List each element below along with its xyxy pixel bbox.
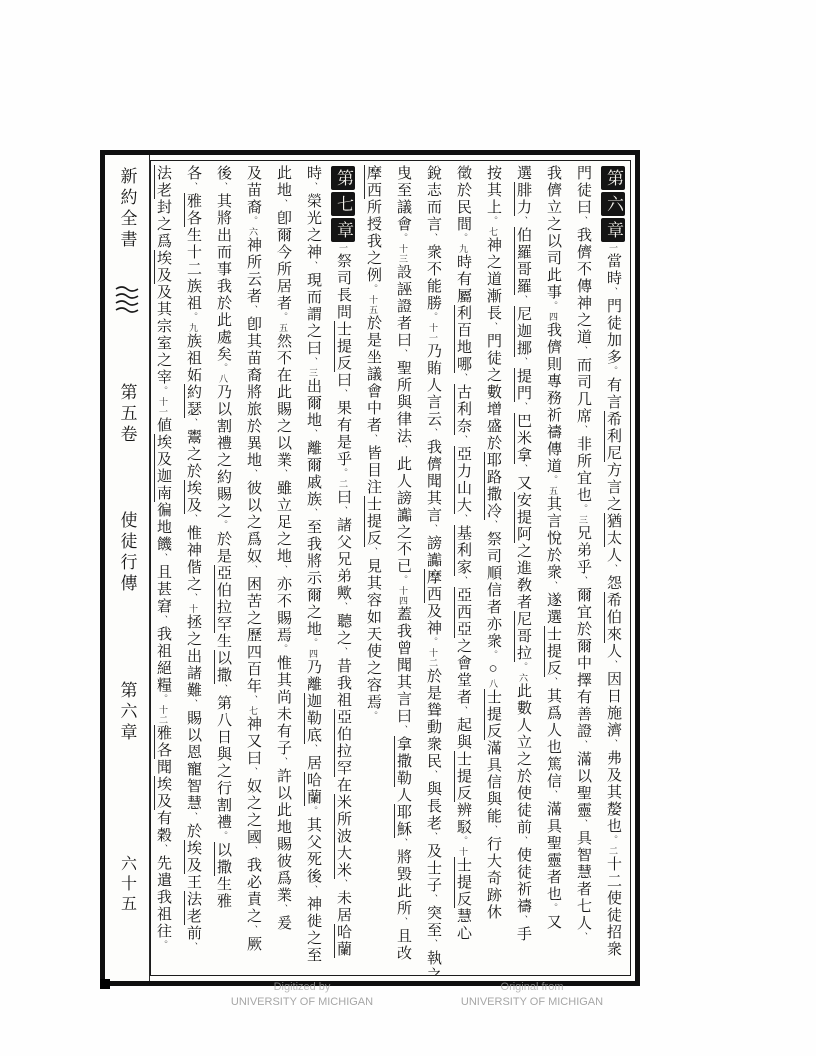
punctuation: 、 bbox=[338, 389, 348, 400]
corner-registration-mark bbox=[100, 979, 110, 989]
page-frame: 新約全書 第五卷 使徒行傳 第六章 六十五 第六章一當時、門徒加多。有言希利尼方… bbox=[100, 150, 640, 986]
punctuation: 、 bbox=[398, 445, 408, 456]
punctuation: 、 bbox=[368, 547, 378, 558]
punctuation: 、 bbox=[278, 469, 288, 480]
verse-number: 二 bbox=[608, 846, 618, 856]
verse-number: 三 bbox=[308, 368, 318, 378]
punctuation: 、 bbox=[188, 942, 198, 953]
punctuation: 、 bbox=[308, 885, 318, 896]
verse-number: 一 bbox=[338, 243, 348, 253]
proper-noun: 拿撒勒 bbox=[395, 736, 411, 787]
punctuation: 、 bbox=[308, 182, 318, 193]
punctuation: 、 bbox=[518, 216, 528, 227]
punctuation: 、 bbox=[548, 677, 558, 688]
proper-noun: 腓力 bbox=[515, 182, 531, 216]
proper-noun: 約瑟 bbox=[185, 384, 201, 418]
punctuation: 、 bbox=[428, 428, 438, 439]
text-column: 按其上。七神之道漸長、門徒之數增盛於耶路撒冷、祭司順信者亦衆。○八士提反滿具信與… bbox=[478, 165, 508, 971]
punctuation: 、 bbox=[578, 425, 588, 436]
punctuation: 。 bbox=[428, 637, 438, 648]
original-from-caption: Original from UNIVERSITY OF MICHIGAN bbox=[417, 980, 647, 1010]
punctuation: 、 bbox=[578, 346, 588, 357]
punctuation: 。 bbox=[548, 301, 558, 312]
flourish-ornament-icon bbox=[114, 283, 140, 317]
punctuation: 、 bbox=[608, 564, 618, 575]
punctuation: 、 bbox=[188, 812, 198, 823]
verse-number: 十四 bbox=[398, 586, 408, 606]
punctuation: 、 bbox=[458, 435, 468, 446]
punctuation: 、 bbox=[458, 576, 468, 587]
punctuation: 、 bbox=[218, 684, 228, 695]
punctuation: 、 bbox=[398, 838, 408, 849]
punctuation: 、 bbox=[578, 932, 588, 943]
punctuation: 、 bbox=[518, 357, 528, 368]
punctuation: 、 bbox=[248, 767, 258, 778]
punctuation: 。 bbox=[368, 711, 378, 722]
punctuation: 、 bbox=[158, 553, 168, 564]
punctuation: 、 bbox=[338, 506, 348, 517]
punctuation: 。 bbox=[398, 575, 408, 586]
punctuation: 、 bbox=[308, 429, 318, 440]
punctuation: 、 bbox=[428, 939, 438, 950]
punctuation: 。 bbox=[308, 806, 318, 817]
spine-margin: 新約全書 第五卷 使徒行傳 第六章 六十五 bbox=[105, 155, 150, 981]
proper-noun: 猶太 bbox=[605, 513, 621, 547]
verse-number: 四 bbox=[308, 649, 318, 659]
proper-noun: 耶穌 bbox=[395, 804, 411, 838]
verse-number: 五 bbox=[548, 486, 558, 496]
verse-number: 一 bbox=[608, 243, 618, 253]
punctuation: 。 bbox=[248, 216, 258, 227]
verse-number: 十 bbox=[188, 604, 198, 614]
verse-number: 八 bbox=[218, 374, 228, 384]
text-column: 曳至議會。十三設誣證者曰、聖所與律法、此人謗讟之不已。十四蓋我曾聞其言曰、拿撒勒… bbox=[388, 165, 418, 971]
proper-noun: 以撒 bbox=[215, 650, 231, 684]
proper-noun: 米所波大米 bbox=[335, 794, 351, 879]
proper-noun: 安提阿 bbox=[515, 492, 531, 543]
proper-noun: 尼迦挪 bbox=[515, 306, 531, 357]
text-column: 後、其將出而事我於此處矣。八乃以割禮之約賜之。於是亞伯拉罕生以撒、第八日與之行割… bbox=[208, 165, 238, 971]
punctuation: 、 bbox=[278, 565, 288, 576]
punctuation: 、 bbox=[248, 695, 258, 706]
punctuation: 。 bbox=[158, 386, 168, 397]
punctuation: 。 bbox=[488, 650, 498, 661]
punctuation: 、 bbox=[278, 757, 288, 768]
punctuation: 、 bbox=[518, 402, 528, 413]
punctuation: 、 bbox=[428, 832, 438, 843]
proper-noun: 以撒 bbox=[215, 842, 231, 876]
proper-noun: 士提反 bbox=[335, 321, 351, 372]
verse-number: 七 bbox=[248, 706, 258, 716]
page-number: 六十五 bbox=[116, 855, 139, 915]
proper-noun: 希利尼 bbox=[605, 411, 621, 462]
punctuation: 、 bbox=[458, 514, 468, 525]
proper-noun: 亞西亞 bbox=[455, 587, 471, 638]
punctuation: 。 bbox=[458, 836, 468, 847]
punctuation: 。 bbox=[458, 233, 468, 244]
punctuation: 、 bbox=[608, 287, 618, 298]
punctuation: 、 bbox=[608, 739, 618, 750]
punctuation: 。 bbox=[548, 475, 558, 486]
text-column: 各、雅各生十二族祖。九族祖妬約瑟、鬻之於埃及、惟神偕之、十拯之出諸難、賜以恩寵智… bbox=[178, 165, 208, 971]
punctuation: 、 bbox=[548, 581, 558, 592]
text-column: 摩西所授我之例。十五於是坐議會中者、皆目注士提反、見其容如天使之容焉。 bbox=[358, 165, 388, 971]
punctuation: 、 bbox=[248, 846, 258, 857]
punctuation: 、 bbox=[158, 615, 168, 626]
text-column: 此地、卽爾今所居者。五然不在此賜之以業、雖立足之地、亦不賜焉。惟其尚未有子、許以… bbox=[268, 165, 298, 971]
caption-line: Digitized by bbox=[187, 980, 417, 995]
proper-noun: 雅各 bbox=[155, 725, 171, 759]
verse-number: 七 bbox=[488, 227, 498, 237]
punctuation: 、 bbox=[248, 925, 258, 936]
punctuation: 。 bbox=[428, 312, 438, 323]
verse-number: 五 bbox=[278, 323, 288, 333]
caption-line: UNIVERSITY OF MICHIGAN bbox=[417, 995, 647, 1010]
proper-noun: 士提反 bbox=[545, 626, 561, 677]
punctuation: 、 bbox=[428, 233, 438, 244]
proper-noun: 亞伯拉罕 bbox=[335, 709, 351, 777]
verse-number: 十二 bbox=[158, 705, 168, 725]
verse-number: 十二 bbox=[428, 648, 438, 668]
verse-number: 十一 bbox=[428, 323, 438, 343]
punctuation: 、 bbox=[488, 322, 498, 333]
punctuation: 、 bbox=[218, 182, 228, 193]
proper-noun: 亞力山大 bbox=[455, 446, 471, 514]
punctuation: 、 bbox=[428, 770, 438, 781]
verse-number: 四 bbox=[548, 312, 558, 322]
punctuation: 。 bbox=[158, 694, 168, 705]
punctuation: 。 bbox=[218, 831, 228, 842]
verse-number: 二 bbox=[338, 479, 348, 489]
proper-noun: 埃及 bbox=[155, 776, 171, 810]
punctuation: 、 bbox=[398, 917, 408, 928]
proper-noun: 基利家 bbox=[455, 525, 471, 576]
punctuation: 、 bbox=[188, 514, 198, 525]
punctuation: 、 bbox=[608, 660, 618, 671]
verse-number: 十三 bbox=[398, 244, 408, 264]
punctuation: 、 bbox=[578, 576, 588, 587]
verse-number: 三 bbox=[578, 515, 588, 525]
punctuation: 、 bbox=[428, 524, 438, 535]
punctuation: 。 bbox=[608, 835, 618, 846]
proper-noun: 埃及 bbox=[155, 434, 171, 468]
text-column: 我儕立之以司此事。四我儕則專務祈禱傳道。五其言悅於衆、遂選士提反、其爲人也篤信、… bbox=[538, 165, 568, 971]
punctuation: 。 bbox=[518, 662, 528, 673]
punctuation: 。 bbox=[158, 940, 168, 951]
proper-noun: 士提反 bbox=[365, 496, 381, 547]
scanned-book-page: 新約全書 第五卷 使徒行傳 第六章 六十五 第六章一當時、門徒加多。有言希利尼方… bbox=[0, 0, 816, 1056]
punctuation: 。 bbox=[188, 312, 198, 323]
punctuation: 。 bbox=[548, 903, 558, 914]
verse-number: 十五 bbox=[368, 295, 378, 315]
punctuation: 、 bbox=[458, 373, 468, 384]
punctuation: 。 bbox=[218, 363, 228, 374]
text-column: 徵於民間。九時有屬利百地哪、古利奈、亞力山大、基利家、亞西亞之會堂者、起與士提反… bbox=[448, 165, 478, 971]
punctuation: 、 bbox=[308, 508, 318, 519]
caption-line: UNIVERSITY OF MICHIGAN bbox=[187, 995, 417, 1010]
text-column: 法老封之爲埃及及其宗室之宰。十一値埃及迦南徧地饑、且甚窘、我祖絕糧。十二雅各聞埃… bbox=[150, 165, 178, 971]
verse-number: 十一 bbox=[158, 397, 168, 417]
punctuation: 、 bbox=[578, 819, 588, 830]
text-column: 第七章一祭司長問士提反曰、果有是乎。二曰、諸父兄弟歟、聽之、昔我祖亞伯拉罕在米所… bbox=[328, 165, 358, 971]
proper-noun: 士提反 bbox=[485, 689, 501, 740]
punctuation: 。 bbox=[578, 504, 588, 515]
punctuation: 、 bbox=[398, 725, 408, 736]
proper-noun: 雅各 bbox=[185, 193, 201, 227]
punctuation: 。 bbox=[368, 284, 378, 295]
proper-noun: 埃及 bbox=[185, 480, 201, 514]
text-column: 選腓力、伯羅哥羅、尼迦挪、提門、巴米拿、又安提阿之進敎者尼哥拉。六此數人立之於使… bbox=[508, 165, 538, 971]
text-block-rule: 第六章一當時、門徒加多。有言希利尼方言之猶太人、怨希伯來人、因日施濟、弗及其嫠也… bbox=[150, 160, 631, 976]
proper-noun: 利百地哪 bbox=[455, 305, 471, 373]
chapter-header-block: 第六章 bbox=[605, 165, 621, 243]
punctuation: 、 bbox=[188, 182, 198, 193]
punctuation: 、 bbox=[278, 199, 288, 210]
punctuation: 、 bbox=[458, 706, 468, 717]
proper-noun: 古利奈 bbox=[455, 384, 471, 435]
proper-noun: 士提反 bbox=[455, 857, 471, 908]
punctuation: 、 bbox=[338, 879, 348, 890]
text-columns: 第六章一當時、門徒加多。有言希利尼方言之猶太人、怨希伯來人、因日施濟、弗及其嫠也… bbox=[153, 165, 628, 971]
proper-noun: 耶路撒冷 bbox=[485, 452, 501, 520]
proper-noun: 亞伯拉罕 bbox=[215, 565, 231, 633]
volume-label: 第五卷 bbox=[115, 383, 140, 446]
proper-noun: 希伯來 bbox=[605, 592, 621, 643]
punctuation: 、 bbox=[248, 305, 258, 316]
punctuation: 、 bbox=[308, 357, 318, 368]
text-column: 及苗裔。六神所云者、卽其苗裔將旅於異地、彼以之爲奴、困苦之歷四百年、七神又曰、奴… bbox=[238, 165, 268, 971]
punctuation: 、 bbox=[398, 349, 408, 360]
punctuation: 、 bbox=[428, 894, 438, 905]
section-title: 使徒行傳 bbox=[115, 511, 140, 595]
punctuation: 、 bbox=[308, 744, 318, 755]
punctuation: 。 bbox=[608, 366, 618, 377]
verse-number: 十 bbox=[458, 847, 468, 857]
proper-noun: 哈蘭 bbox=[335, 924, 351, 958]
punctuation: 、 bbox=[278, 904, 288, 915]
verse-number: 六 bbox=[248, 227, 258, 237]
proper-noun: 哈蘭 bbox=[305, 772, 321, 806]
chapter-label: 第六章 bbox=[115, 681, 140, 744]
proper-noun: 士提反 bbox=[455, 751, 471, 802]
punctuation: 、 bbox=[488, 825, 498, 836]
proper-noun: 摩西 bbox=[365, 165, 381, 199]
proper-noun: 埃及 bbox=[155, 250, 171, 284]
verse-number: 八 bbox=[488, 679, 498, 689]
punctuation: 、 bbox=[518, 295, 528, 306]
punctuation: 、 bbox=[308, 261, 318, 272]
text-column: 銳志而言、衆不能勝。十一乃賄人言云、我儕聞其言、謗讟摩西及神。十二於是聳動衆民、… bbox=[418, 165, 448, 971]
punctuation: 。 bbox=[398, 233, 408, 244]
punctuation: 、 bbox=[578, 216, 588, 227]
caption-line: Original from bbox=[417, 980, 647, 995]
digitized-by-caption: Digitized by UNIVERSITY OF MICHIGAN bbox=[187, 980, 417, 1010]
book-title: 新約全書 bbox=[115, 167, 140, 251]
punctuation: 、 bbox=[368, 434, 378, 445]
punctuation: 、 bbox=[248, 469, 258, 480]
punctuation: 、 bbox=[188, 593, 198, 604]
proper-noun: 法老 bbox=[155, 165, 171, 199]
punctuation: 。 bbox=[488, 216, 498, 227]
text-column: 第六章一當時、門徒加多。有言希利尼方言之猶太人、怨希伯來人、因日施濟、弗及其嫠也… bbox=[598, 165, 628, 971]
proper-noun: 提門 bbox=[515, 368, 531, 402]
punctuation: 、 bbox=[548, 790, 558, 801]
punctuation: 。 bbox=[308, 638, 318, 649]
punctuation: 、 bbox=[338, 647, 348, 658]
chapter-header-block: 第七章 bbox=[335, 165, 351, 243]
punctuation: 、 bbox=[188, 699, 198, 710]
punctuation: 、 bbox=[188, 418, 198, 429]
verse-number: 九 bbox=[188, 323, 198, 333]
text-column: 門徒曰、我儕不傳神之道、而司几席、非所宜也。三兄弟乎、爾宜於爾中擇有善證、滿以聖… bbox=[568, 165, 598, 971]
verse-number: 九 bbox=[458, 244, 468, 254]
punctuation: 、 bbox=[578, 740, 588, 751]
proper-noun: 法老 bbox=[185, 891, 201, 925]
proper-noun: 迦勒底 bbox=[305, 693, 321, 744]
punctuation: 、 bbox=[338, 602, 348, 613]
proper-noun: 尼哥拉 bbox=[515, 611, 531, 662]
proper-noun: 摩西 bbox=[425, 569, 441, 603]
proper-noun: 巴米拿 bbox=[515, 413, 531, 464]
punctuation: 、 bbox=[518, 836, 528, 847]
text-column: 時、榮光之神、現而謂之曰、三出爾地、離爾戚族、至我將示爾之地。四乃離迦勒底、居哈… bbox=[298, 165, 328, 971]
verse-number: 六 bbox=[518, 673, 528, 683]
punctuation: 。 bbox=[278, 312, 288, 323]
punctuation: 、 bbox=[518, 915, 528, 926]
punctuation: 、 bbox=[518, 464, 528, 475]
punctuation: 。 bbox=[218, 520, 228, 531]
punctuation: 。 bbox=[338, 468, 348, 479]
punctuation: 。 bbox=[278, 644, 288, 655]
proper-noun: 埃及 bbox=[185, 840, 201, 874]
punctuation: 、 bbox=[158, 844, 168, 855]
proper-noun: 伯羅哥羅 bbox=[515, 227, 531, 295]
proper-noun: 迦南 bbox=[155, 468, 171, 502]
punctuation: 、 bbox=[488, 520, 498, 531]
punctuation: 、 bbox=[248, 565, 258, 576]
